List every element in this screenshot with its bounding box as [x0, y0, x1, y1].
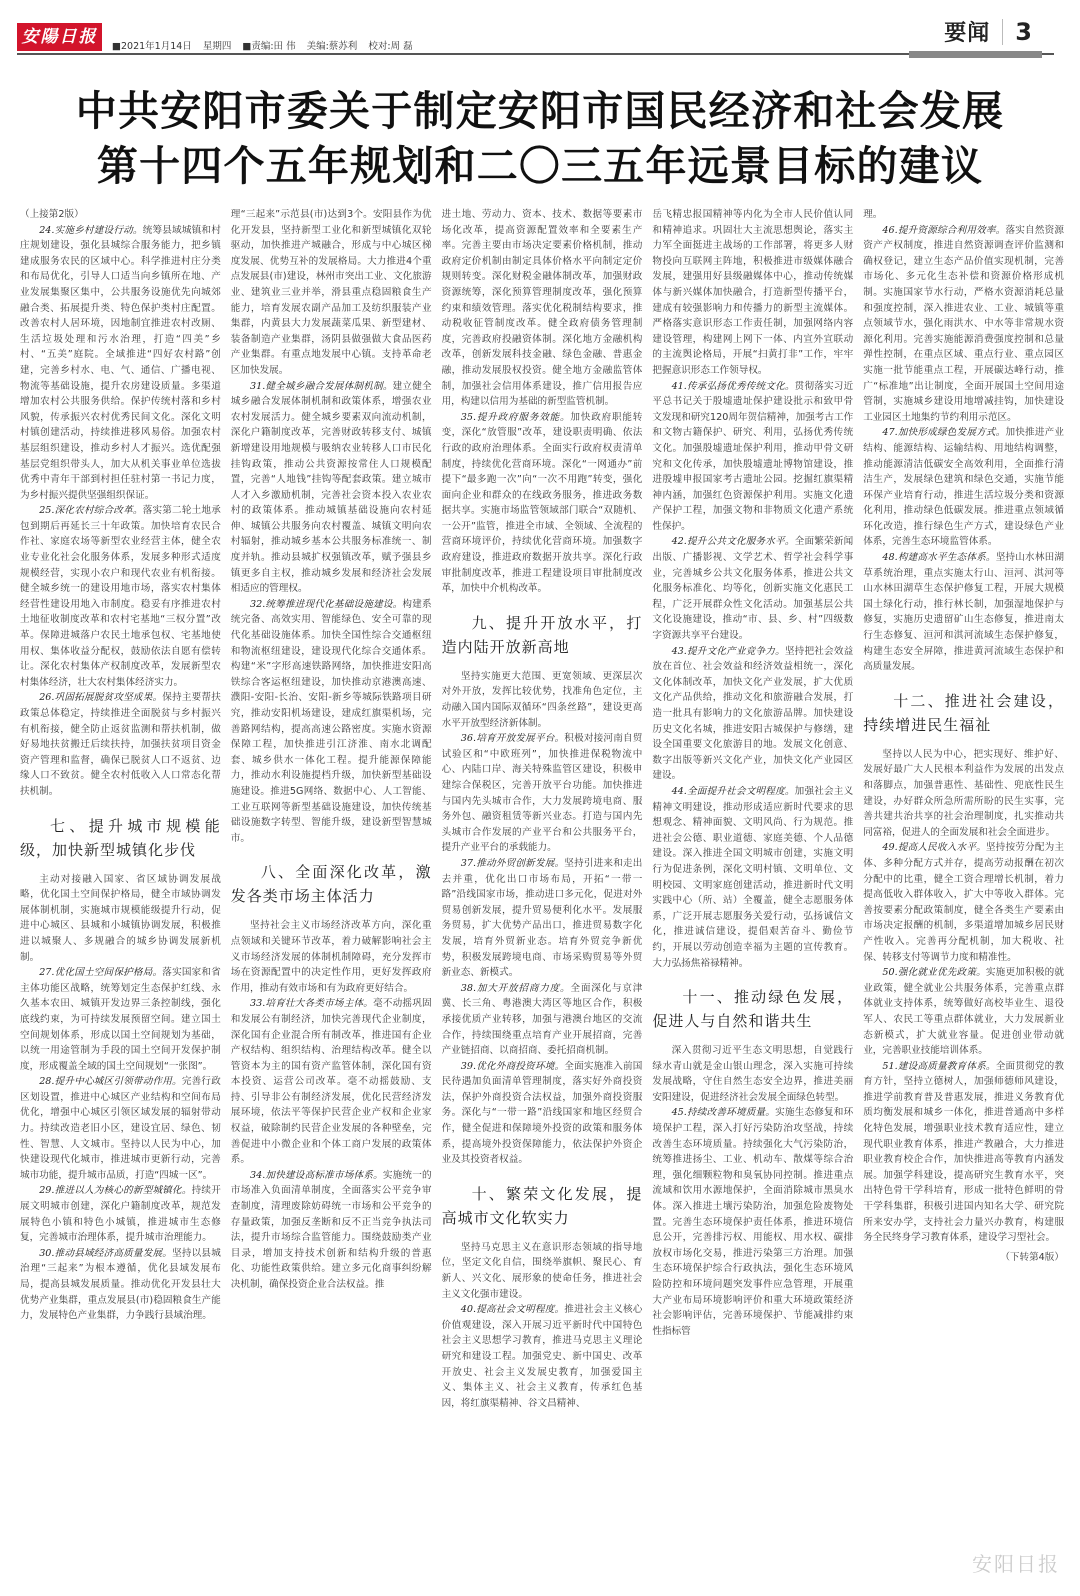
article-paragraph: 43.提升文化产业竞争力。坚持把社会效益放在首位、社会效益和经济效益相统一，深化…	[652, 644, 853, 784]
paragraph-lead: 36.培育开放发展平台。	[461, 733, 565, 744]
article-paragraph: 30.推动县域经济高质量发展。坚持以县城治理“三起来”为根本遵循，优化县域发展布…	[20, 1246, 221, 1324]
paragraph-lead: 42.提升公共文化服务水平。	[672, 536, 795, 547]
article-paragraph: 50.强化就业优先政策。实施更加积极的就业政策，健全就业公共服务体系，完善重点群…	[863, 965, 1064, 1059]
section-heading: 十、繁荣文化发展，提高城市文化软实力	[442, 1182, 643, 1230]
section-tag: 要闻 3	[944, 16, 1032, 47]
section-divider	[1002, 19, 1003, 45]
section-heading: 八、全面深化改革，激发各类市场主体活力	[231, 860, 432, 908]
article-paragraph: 坚持社会主义市场经济改革方向，深化重点领域和关键环节改革，着力破解影响社会主义市…	[231, 918, 432, 996]
paragraph-lead: 28.提升中心城区引领带动作用。	[39, 1076, 182, 1087]
paragraph-lead: 40.提高社会文明程度。	[461, 1304, 565, 1315]
section-heading: 七、提升城市规模能级，加快新型城镇化步伐	[20, 814, 221, 862]
paragraph-lead: 38.加大开放招商力度。	[461, 983, 571, 994]
article-paragraph: 39.优化外商投资环境。全面实施准入前国民待遇加负面清单管理制度，落实好外商投资…	[442, 1059, 643, 1168]
article-paragraph: 进土地、劳动力、资本、技术、数据等要素市场化改革，提高资源配置效率和全要素生产率…	[442, 207, 643, 410]
issue-weekday: 星期四	[203, 41, 232, 52]
article-paragraph: 岳飞精忠报国精神等内化为全市人民价值认同和精神追求。巩固壮大主流思想舆论，落实主…	[652, 207, 853, 379]
issue-meta: ■2021年1月14日 星期四 ■责编:田 伟 美编:蔡苏利 校对:周 磊	[112, 38, 421, 52]
article-columns: （上接第2版）24.实施乡村建设行动。统筹县域城镇和村庄规划建设，强化县城综合服…	[20, 207, 1064, 1587]
paragraph-lead: 47.加快形成绿色发展方式。	[882, 427, 1005, 438]
article-paragraph: 34.加快建设高标准市场体系。实施统一的市场准入负面清单制度，全面落实公平竞争审…	[231, 1168, 432, 1293]
article-paragraph: 38.加大开放招商力度。全面深化与京津冀、长三角、粤港澳大湾区等地区合作，积极承…	[442, 981, 643, 1059]
continued-note: （下转第4版）	[863, 1250, 1064, 1266]
paragraph-lead: 48.构建高水平生态体系。	[882, 552, 995, 563]
paragraph-lead: 44.全面提升社会文明程度。	[672, 786, 795, 797]
paragraph-lead: 46.提升资源综合利用效率。	[882, 225, 1005, 236]
paragraph-lead: 25.深化农村综合改革。	[39, 505, 143, 516]
paragraph-lead: 37.推动外贸创新发展。	[461, 858, 565, 869]
paragraph-lead: 27.优化国土空间保护格局。	[39, 967, 162, 978]
article-paragraph: 49.提高人民收入水平。坚持按劳分配为主体、多种分配方式并存，提高劳动报酬在初次…	[863, 840, 1064, 965]
article-paragraph: 46.提升资源综合利用效率。落实自然资源资产产权制度，推进自然资源调查评价监测和…	[863, 223, 1064, 426]
article-paragraph: 44.全面提升社会文明程度。加强社会主义精神文明建设，推动形成适应新时代要求的思…	[652, 784, 853, 971]
article-paragraph: 42.提升公共文化服务水平。全面繁荣新闻出版、广播影视、文学艺术、哲学社会科学事…	[652, 534, 853, 643]
section-heading: 十二、推进社会建设，持续增进民生福祉	[863, 689, 1064, 737]
article-paragraph: 47.加快形成绿色发展方式。加快推进产业结构、能源结构、运输结构、用地结构调整，…	[863, 425, 1064, 550]
paragraph-lead: 39.优化外商投资环境。	[461, 1061, 565, 1072]
article-column-2: 理“三起来”示范县(市)达到3个。安阳县作为优化开发县，坚持新型工业化和新型城镇…	[231, 207, 432, 1587]
paragraph-lead: 33.培育壮大各类市场主体。	[250, 998, 373, 1009]
paragraph-lead: 31.健全城乡融合发展体制机制。	[250, 381, 393, 392]
article-paragraph: 41.传承弘扬优秀传统文化。贯彻落实习近平总书记关于殷墟遗址保护建设批示和致甲骨…	[652, 379, 853, 535]
article-column-3: 进土地、劳动力、资本、技术、数据等要素市场化改革，提高资源配置效率和全要素生产率…	[442, 207, 643, 1587]
article-paragraph: 40.提高社会文明程度。推进社会主义核心价值观建设，深入开展习近平新时代中国特色…	[442, 1302, 643, 1411]
newspaper-logo: 安陽日报	[17, 23, 102, 51]
section-heading: 十一、推动绿色发展，促进人与自然和谐共生	[652, 985, 853, 1033]
paragraph-lead: 49.提高人民收入水平。	[882, 842, 986, 853]
article-paragraph: 坚持实施更大范围、更宽领域、更深层次对外开放，发挥比较优势，找准角色定位，主动融…	[442, 669, 643, 731]
article-paragraph: 深入贯彻习近平生态文明思想，自觉践行绿水青山就是金山银山理念，深入实施可持续发展…	[652, 1043, 853, 1105]
article-column-5: 理。46.提升资源综合利用效率。落实自然资源资产产权制度，推进自然资源调查评价监…	[863, 207, 1064, 1587]
paragraph-lead: 45.持续改善环境质量。	[672, 1107, 776, 1118]
paragraph-lead: 34.加快建设高标准市场体系。	[250, 1170, 383, 1181]
article-paragraph: 26.巩固拓展脱贫攻坚成果。保持主要帮扶政策总体稳定，持续推进全面脱贫与乡村振兴…	[20, 690, 221, 799]
paragraph-lead: 30.推动县域经济高质量发展。	[39, 1248, 172, 1259]
article-paragraph: 29.推进以人为核心的新型城镇化。持续开展文明城市创建，深化户籍制度改革，规范发…	[20, 1183, 221, 1245]
paragraph-lead: 32.统筹推进现代化基础设施建设。	[250, 599, 402, 610]
article-paragraph: 24.实施乡村建设行动。统筹县域城镇和村庄规划建设，强化县城综合服务能力，把乡镇…	[20, 223, 221, 504]
article-paragraph: 28.提升中心城区引领带动作用。完善行政区划设置，推进中心城区产业结构和空间布局…	[20, 1074, 221, 1183]
proofreader-credit: 校对:周 磊	[368, 41, 412, 52]
section-name: 要闻	[944, 16, 990, 47]
watermark: 安阳日报	[972, 1548, 1060, 1577]
masthead-rule	[17, 53, 1054, 55]
headline-line-2: 第十四个五年规划和二〇三五年远景目标的建议	[0, 139, 1080, 194]
article-paragraph: 51.建设高质量教育体系。全面贯彻党的教育方针，坚持立德树人，加强师德师风建设，…	[863, 1059, 1064, 1246]
paragraph-lead: 29.推进以人为核心的新型城镇化。	[39, 1185, 191, 1196]
article-paragraph: 理。	[863, 207, 1064, 223]
article-paragraph: 33.培育壮大各类市场主体。毫不动摇巩固和发展公有制经济，加快完善现代企业制度，…	[231, 996, 432, 1168]
paragraph-lead: 24.实施乡村建设行动。	[39, 225, 143, 236]
article-paragraph: 32.统筹推进现代化基础设施建设。构建系统完备、高效实用、智能绿色、安全可靠的现…	[231, 597, 432, 847]
article-paragraph: 25.深化农村综合改革。落实第二轮土地承包到期后再延长三十年政策。加快培育农民合…	[20, 503, 221, 690]
paragraph-lead: 50.强化就业优先政策。	[882, 967, 986, 978]
article-column-1: （上接第2版）24.实施乡村建设行动。统筹县域城镇和村庄规划建设，强化县城综合服…	[20, 207, 221, 1587]
masthead: 安陽日报 ■2021年1月14日 星期四 ■责编:田 伟 美编:蔡苏利 校对:周…	[0, 0, 1080, 60]
editor-credit: ■责编:田 伟	[242, 41, 295, 52]
article-paragraph: 37.推动外贸创新发展。坚持引进来和走出去并重，优化出口市场布局，开拓“一带一路…	[442, 856, 643, 981]
page-number: 3	[1015, 18, 1032, 46]
designer-credit: 美编:蔡苏利	[307, 41, 358, 52]
article-paragraph: 坚持以人民为中心，把实现好、维护好、发展好最广大人民根本利益作为发展的出发点和落…	[863, 747, 1064, 841]
headline-line-1: 中共安阳市委关于制定安阳市国民经济和社会发展	[0, 84, 1080, 139]
article-paragraph: 27.优化国土空间保护格局。落实国家和省主体功能区战略，统筹划定生态保护红线、永…	[20, 965, 221, 1074]
section-bar	[909, 51, 1042, 58]
article-paragraph: 45.持续改善环境质量。实施生态修复和环境保护工程，深入打好污染防治攻坚战，持续…	[652, 1105, 853, 1339]
paragraph-lead: 35.提升政府服务效能。	[461, 412, 571, 423]
issue-date: ■2021年1月14日	[112, 41, 192, 52]
article-paragraph: （上接第2版）	[20, 207, 221, 223]
article-paragraph: 主动对接融入国家、省区域协调发展战略，优化国土空间保护格局，健全市域协调发展体制…	[20, 872, 221, 966]
article-paragraph: 31.健全城乡融合发展体制机制。建立健全城乡融合发展体制机制和政策体系，增强农业…	[231, 379, 432, 597]
page-headline: 中共安阳市委关于制定安阳市国民经济和社会发展 第十四个五年规划和二〇三五年远景目…	[0, 84, 1080, 194]
article-paragraph: 坚持马克思主义在意识形态领域的指导地位，坚定文化自信，围绕举旗帜、聚民心、育新人…	[442, 1240, 643, 1302]
article-paragraph: 35.提升政府服务效能。加快政府职能转变，深化“放管服”改革，建设职责明确、依法…	[442, 410, 643, 597]
paragraph-lead: 41.传承弘扬优秀传统文化。	[672, 381, 795, 392]
paragraph-lead: 26.巩固拓展脱贫攻坚成果。	[39, 692, 162, 703]
paragraph-lead: 51.建设高质量教育体系。	[882, 1061, 995, 1072]
paragraph-lead: 43.提升文化产业竞争力。	[672, 646, 785, 657]
article-column-4: 岳飞精忠报国精神等内化为全市人民价值认同和精神追求。巩固壮大主流思想舆论，落实主…	[652, 207, 853, 1587]
article-paragraph: 36.培育开放发展平台。积极对接河南自贸试验区和“中欧班列”，加快推进保税物流中…	[442, 731, 643, 856]
section-heading: 九、提升开放水平，打造内陆开放新高地	[442, 611, 643, 659]
article-paragraph: 理“三起来”示范县(市)达到3个。安阳县作为优化开发县，坚持新型工业化和新型城镇…	[231, 207, 432, 379]
article-paragraph: 48.构建高水平生态体系。坚持山水林田湖草系统治理，重点实施太行山、洹河、淇河等…	[863, 550, 1064, 675]
